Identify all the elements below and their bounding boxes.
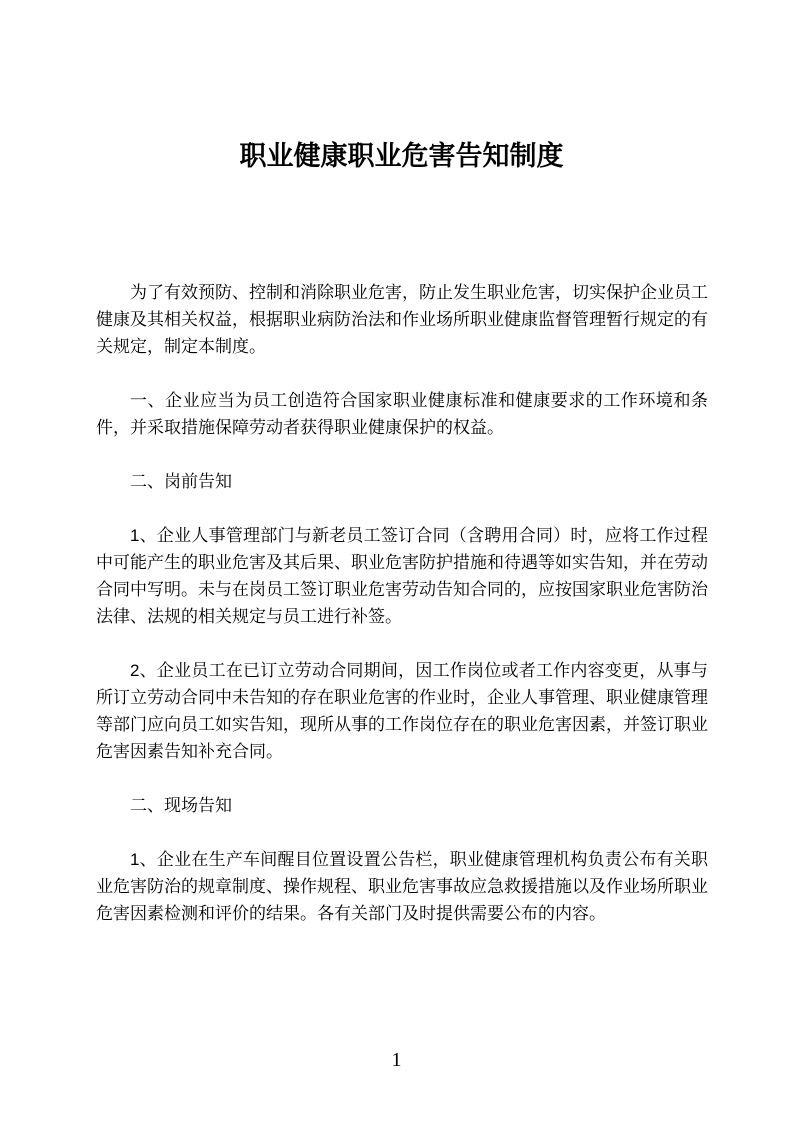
document-page: 职业健康职业危害告知制度 为了有效预防、控制和消除职业危害，防止发生职业危害，切…	[0, 0, 793, 1122]
body-paragraph: 2、企业员工在已订立劳动合同期间，因工作岗位或者工作内容变更，从事与所订立劳动合…	[96, 657, 708, 765]
body-paragraph: 1、企业人事管理部门与新老员工签订合同（含聘用合同）时，应将工作过程中可能产生的…	[96, 522, 708, 630]
body-paragraph: 为了有效预防、控制和消除职业危害，防止发生职业危害，切实保护企业员工健康及其相关…	[96, 279, 708, 360]
document-body: 为了有效预防、控制和消除职业危害，防止发生职业危害，切实保护企业员工健康及其相关…	[96, 279, 708, 954]
page-number: 1	[0, 1048, 793, 1072]
body-paragraph: 一、企业应当为员工创造符合国家职业健康标准和健康要求的工作环境和条件，并采取措施…	[96, 387, 708, 441]
section-heading: 二、岗前告知	[96, 468, 708, 495]
body-paragraph: 1、企业在生产车间醒目位置设置公告栏，职业健康管理机构负责公布有关职业危害防治的…	[96, 846, 708, 927]
section-heading: 二、现场告知	[96, 792, 708, 819]
document-title: 职业健康职业危害告知制度	[96, 134, 707, 173]
